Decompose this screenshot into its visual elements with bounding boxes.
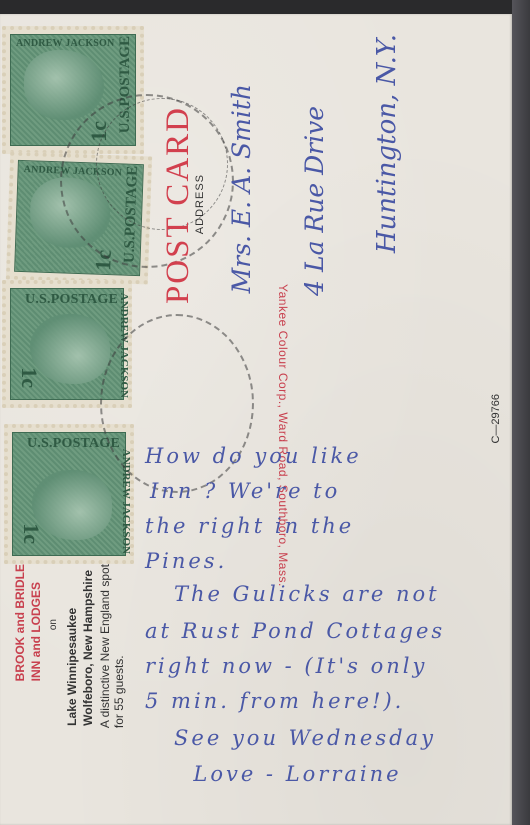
- stamp-denomination: 1c: [18, 523, 44, 544]
- place-line1: Lake Winnipesaukee: [65, 608, 79, 726]
- message-line: The Gulicks are not: [145, 582, 440, 606]
- message-line: How do you like: [145, 444, 362, 468]
- inn-title-line2: INN and LODGES: [29, 582, 43, 681]
- desc-line1: A distinctive New England spot: [98, 564, 112, 728]
- stamp-name: ANDREW JACKSON: [16, 38, 114, 49]
- address-label: ADDRESS: [194, 174, 206, 234]
- message-signature: Love - Lorraine: [145, 762, 402, 786]
- scanner-frame-top: [0, 0, 530, 14]
- message-line: 5 min. from here!).: [145, 689, 404, 713]
- jackson-portrait-icon: [32, 470, 112, 540]
- message-line: the right in the: [145, 514, 354, 538]
- jackson-portrait-icon: [30, 314, 110, 384]
- publisher-line: Yankee Colour Corp., Ward Road, Southbor…: [276, 284, 290, 587]
- postcard: ANDREW JACKSON U.S.POSTAGE 1c ANDREW JAC…: [0, 14, 512, 825]
- post-card-title: POST CARD: [160, 106, 197, 304]
- message-line: Inn ? We're to: [150, 479, 340, 503]
- address-line-3: Huntington, N.Y.: [372, 34, 402, 253]
- message-line: Pines.: [145, 549, 227, 573]
- inn-description: A distinctive New England spot for 55 gu…: [98, 564, 126, 728]
- desc-line2: for 55 guests.: [112, 655, 126, 728]
- scanner-frame-right: [512, 0, 530, 825]
- inn-title: BROOK and BRIDLE INN and LODGES: [12, 564, 44, 681]
- inn-place: Lake Winnipesaukee Wolfeboro, New Hampsh…: [64, 570, 96, 726]
- inn-on: on: [48, 619, 59, 630]
- place-line2: Wolfeboro, New Hampshire: [81, 570, 95, 726]
- address-line-1: Mrs. E. A. Smith: [227, 84, 256, 293]
- message-line: right now - (It's only: [145, 654, 427, 678]
- inn-title-line1: BROOK and BRIDLE: [13, 564, 27, 681]
- message-line: See you Wednesday: [145, 726, 436, 750]
- card-code: C—29766: [490, 394, 502, 444]
- jackson-portrait-icon: [24, 50, 104, 120]
- address-line-2: 4 La Rue Drive: [300, 106, 329, 296]
- message-line: at Rust Pond Cottages: [145, 619, 445, 643]
- stamp-country: U.S.POSTAGE: [25, 292, 118, 308]
- stamp-denomination: 1c: [16, 367, 42, 388]
